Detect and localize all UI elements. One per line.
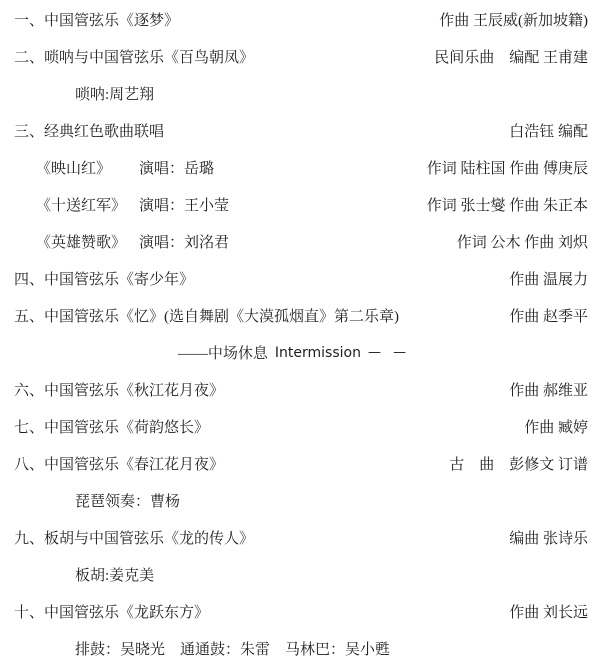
piece-left: 八、中国管弦乐《春江花月夜》 <box>14 453 224 474</box>
program-item-4: 四、中国管弦乐《寄少年》 作曲 温展力 <box>14 260 588 297</box>
piece-number: 六、 <box>14 379 44 400</box>
piece-credit: 作曲 王辰威(新加坡籍) <box>439 9 588 30</box>
piece-left: 六、中国管弦乐《秋江花月夜》 <box>14 379 224 400</box>
piece-title: 唢呐与中国管弦乐《百鸟朝凤》 <box>44 46 254 67</box>
performer-text: 板胡:姜克美 <box>75 564 154 585</box>
piece-credit: 白浩钰 编配 <box>509 120 588 141</box>
performer-text: 琵琶领奏：曹杨 <box>75 490 180 511</box>
intermission-latin: Intermission <box>275 345 361 361</box>
piece-title: 中国管弦乐《荷韵悠长》 <box>44 416 209 437</box>
piece-left: 二、唢呐与中国管弦乐《百鸟朝凤》 <box>14 46 254 67</box>
piece-left: 五、中国管弦乐《忆》(选自舞剧《大漠孤烟直》第二乐章) <box>14 305 399 326</box>
piece-credit: 民间乐曲 编配 王甫建 <box>434 46 588 67</box>
piece-credit: 作曲 郝维亚 <box>509 379 588 400</box>
piece-number: 九、 <box>14 527 44 548</box>
song-row-2: 《十送红军》演唱：王小莹 作词 张士燮 作曲 朱正本 <box>14 186 588 223</box>
piece-credit: 作曲 温展力 <box>509 268 588 289</box>
program-item-10: 十、中国管弦乐《龙跃东方》 作曲 刘长远 <box>14 593 588 630</box>
piece-title: 中国管弦乐《寄少年》 <box>44 268 194 289</box>
piece-credit: 编曲 张诗乐 <box>509 527 588 548</box>
piece-left: 九、板胡与中国管弦乐《龙的传人》 <box>14 527 254 548</box>
piece-number: 二、 <box>14 46 44 67</box>
song-row-3: 《英雄赞歌》演唱：刘洺君 作词 公木 作曲 刘炽 <box>14 223 588 260</box>
performer-note: 排鼓：吴晓光 通通鼓：朱雷 马林巴：吴小甦 <box>14 630 588 667</box>
piece-number: 四、 <box>14 268 44 289</box>
program-item-2: 二、唢呐与中国管弦乐《百鸟朝凤》 民间乐曲 编配 王甫建 <box>14 38 588 75</box>
performer-note: 琵琶领奏：曹杨 <box>14 482 588 519</box>
song-title: 《英雄赞歌》 <box>36 231 139 252</box>
piece-title: 中国管弦乐《龙跃东方》 <box>44 601 209 622</box>
song-left: 《英雄赞歌》演唱：刘洺君 <box>14 231 229 252</box>
piece-title: 板胡与中国管弦乐《龙的传人》 <box>44 527 254 548</box>
song-performer: 演唱：岳璐 <box>139 157 214 178</box>
piece-number: 三、 <box>14 120 44 141</box>
performer-text: 排鼓：吴晓光 通通鼓：朱雷 马林巴：吴小甦 <box>75 638 390 659</box>
song-credit: 作词 陆柱国 作曲 傅庚辰 <box>427 157 588 178</box>
performer-note: 唢呐:周艺翔 <box>14 75 588 112</box>
piece-left: 三、经典红色歌曲联唱 <box>14 120 164 141</box>
song-left: 《十送红军》演唱：王小莹 <box>14 194 229 215</box>
piece-left: 十、中国管弦乐《龙跃东方》 <box>14 601 209 622</box>
performer-text: 唢呐:周艺翔 <box>75 83 154 104</box>
piece-number: 十、 <box>14 601 44 622</box>
program-item-9: 九、板胡与中国管弦乐《龙的传人》 编曲 张诗乐 <box>14 519 588 556</box>
program-item-3: 三、经典红色歌曲联唱 白浩钰 编配 <box>14 112 588 149</box>
concert-program-list: 一、中国管弦乐《逐梦》 作曲 王辰威(新加坡籍) 二、唢呐与中国管弦乐《百鸟朝凤… <box>0 0 600 667</box>
song-credit: 作词 张士燮 作曲 朱正本 <box>427 194 588 215</box>
intermission-row: ——中场休息Intermission— — <box>14 334 588 371</box>
piece-number: 八、 <box>14 453 44 474</box>
program-item-1: 一、中国管弦乐《逐梦》 作曲 王辰威(新加坡籍) <box>14 1 588 38</box>
song-performer: 演唱：刘洺君 <box>139 231 229 252</box>
program-item-6: 六、中国管弦乐《秋江花月夜》 作曲 郝维亚 <box>14 371 588 408</box>
piece-credit: 古 曲 彭修文 订谱 <box>449 453 588 474</box>
intermission-pre: ——中场休息 <box>178 342 268 363</box>
song-credit: 作词 公木 作曲 刘炽 <box>457 231 588 252</box>
song-row-1: 《映山红》演唱：岳璐 作词 陆柱国 作曲 傅庚辰 <box>14 149 588 186</box>
song-left: 《映山红》演唱：岳璐 <box>14 157 214 178</box>
program-item-7: 七、中国管弦乐《荷韵悠长》 作曲 臧婷 <box>14 408 588 445</box>
program-item-5: 五、中国管弦乐《忆》(选自舞剧《大漠孤烟直》第二乐章) 作曲 赵季平 <box>14 297 588 334</box>
song-title: 《十送红军》 <box>36 194 139 215</box>
piece-title: 中国管弦乐《春江花月夜》 <box>44 453 224 474</box>
piece-credit: 作曲 刘长远 <box>509 601 588 622</box>
song-performer: 演唱：王小莹 <box>139 194 229 215</box>
piece-credit: 作曲 赵季平 <box>509 305 588 326</box>
piece-title: 经典红色歌曲联唱 <box>44 120 164 141</box>
piece-title: 中国管弦乐《忆》(选自舞剧《大漠孤烟直》第二乐章) <box>44 305 399 326</box>
piece-number: 五、 <box>14 305 44 326</box>
intermission-label: ——中场休息Intermission— — <box>178 342 410 363</box>
piece-credit: 作曲 臧婷 <box>524 416 588 437</box>
piece-title: 中国管弦乐《逐梦》 <box>44 9 179 30</box>
intermission-dashes: — — <box>368 345 410 360</box>
piece-left: 一、中国管弦乐《逐梦》 <box>14 9 179 30</box>
piece-left: 七、中国管弦乐《荷韵悠长》 <box>14 416 209 437</box>
piece-title: 中国管弦乐《秋江花月夜》 <box>44 379 224 400</box>
piece-number: 七、 <box>14 416 44 437</box>
performer-note: 板胡:姜克美 <box>14 556 588 593</box>
piece-left: 四、中国管弦乐《寄少年》 <box>14 268 194 289</box>
program-item-8: 八、中国管弦乐《春江花月夜》 古 曲 彭修文 订谱 <box>14 445 588 482</box>
song-title: 《映山红》 <box>36 157 139 178</box>
piece-number: 一、 <box>14 9 44 30</box>
